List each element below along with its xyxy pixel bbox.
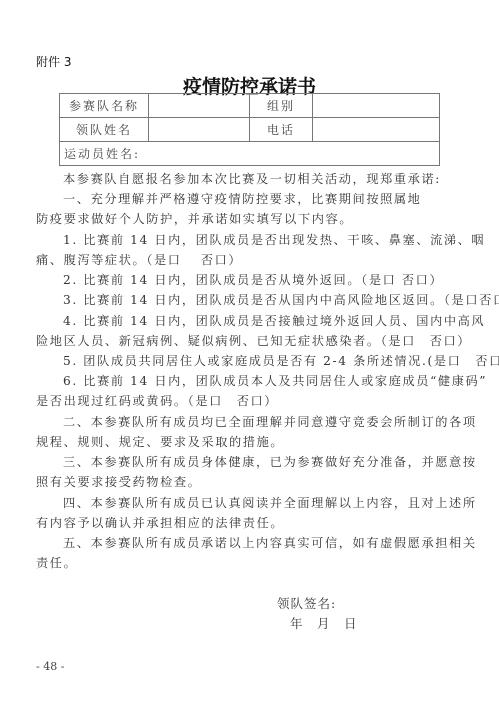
body-line: 一、充分理解并严格遵守疫情防控要求，比赛期间按照属地 [63,190,421,207]
body-line: 有内容予以确认并承担相应的法律责任。 [36,514,284,531]
body-line: 四、本参赛队所有成员已认真阅读并全面理解以上内容，且对上述所 [63,494,477,511]
leader-name-field[interactable] [149,118,250,142]
body-line: 二、本参赛队所有成员均已全面理解并同意遵守竞委会所制订的各项 [63,413,477,430]
team-name-label: 参赛队名称 [60,94,149,118]
body-line: 6. 比赛前 14 日内，团队成员本人及共同居住人或家庭成员“健康码” [63,372,487,389]
body-line: 4. 比赛前 14 日内，团队成员是否接触过境外返回人员、国内中高风 [63,312,485,329]
info-table: 参赛队名称 组别 领队姓名 电话 运动员姓名: [59,93,440,166]
group-label: 组别 [250,94,313,118]
group-field[interactable] [313,94,440,118]
body-line: 险地区人员、新冠病例、疑似病例、已知无症状感染者。（是口 否口） [36,332,471,349]
phone-label: 电话 [250,118,313,142]
team-name-field[interactable] [149,94,250,118]
body-line: 痛、腹泻等症状。（是口 否口） [36,251,242,268]
leader-name-label: 领队姓名 [60,118,149,142]
body-line: 责任。 [36,554,77,571]
leader-signature-label: 领队签名: [277,594,336,612]
body-line: 是否出现过红码或黄码。（是口 否口） [36,392,278,409]
body-line: 五、本参赛队所有成员承诺以上内容真实可信，如有虚假愿承担相关 [63,534,477,551]
body-line: 2. 比赛前 14 日内，团队成员是否从境外返回。（是口 否口） [63,271,443,288]
body-line: 1. 比赛前 14 日内，团队成员是否出现发热、干咳、鼻塞、流涕、咽 [63,231,485,248]
body-line: 防疫要求做好个人防护，并承诺如实填写以下内容。 [36,210,353,227]
athletes-name-field[interactable]: 运动员姓名: [60,142,440,166]
body-line: 三、本参赛队所有成员身体健康，已为参赛做好充分准备，并愿意按 [63,453,477,470]
body-line: 本参赛队自愿报名参加本次比赛及一切相关活动，现郑重承诺: [63,170,441,187]
phone-field[interactable] [313,118,440,142]
body-line: 规程、规则、规定、要求及采取的措施。 [36,433,284,450]
page-number: - 48 - [36,660,64,673]
body-line: 照有关要求接受药物检查。 [36,473,201,490]
date-label: 年 月 日 [290,614,358,632]
body-line: 3. 比赛前 14 日内，团队成员是否从国内中高风险地区返回。（是口否口） [63,291,499,308]
attachment-label: 附件 3 [36,53,71,70]
body-line: 5. 团队成员共同居住人或家庭成员是否有 2-4 条所述情况.(是口 否口） [63,352,499,369]
